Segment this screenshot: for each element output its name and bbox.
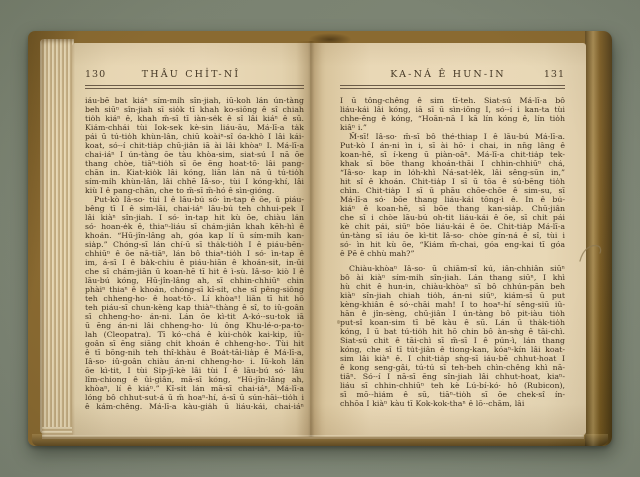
- text-line: beh siūⁿ sîn-jiah sī sio̍k tī khah ko-si…: [85, 105, 304, 114]
- text-line: Má-lī-a só· bōe thang liáu-kái tông-ì ê.…: [340, 195, 565, 204]
- text-line: kiàⁿ sîn-jiah chiah tio̍h, án-ni siūⁿ, k…: [340, 291, 565, 300]
- text-line: goân sī ēng siāng chi̍t khoán ê chheng-h…: [85, 339, 304, 348]
- text-line: Put-kò Iâ-so· tùi I ê lāu-bú só· ìn-tap …: [85, 195, 304, 204]
- text-line: Kiám-chhái tùi Iok-sek kè-sin liáu-āu, M…: [85, 123, 304, 132]
- text-line: pái ū tú-tio̍h khùn-lân, chiū koàiⁿ-sî ó…: [85, 132, 304, 141]
- text-line: chān in. Kiat-kio̍k lâi kóng, liān lán n…: [85, 168, 304, 177]
- left-page-header: 130 THÂU CHI̍T-NÎ: [72, 69, 310, 82]
- text-line: khoán. “Hū-jîn-lâng ah, góa kap lí ū sím…: [85, 231, 304, 240]
- text-line: M̄-sī! Iâ-so· m̄-sī bô thé-thiap I ê lāu…: [340, 132, 565, 141]
- left-running-title: THÂU CHI̍T-NÎ: [72, 69, 310, 80]
- text-line: lóng bô chhut-sut-á ū m̄ hoaⁿ-hí, á-sī ū…: [85, 393, 304, 402]
- text-line: phàiⁿ thiaⁿ ê khoán, chóng-sī kî-si̍t, c…: [85, 285, 304, 294]
- text-line: liáu-kái lâi kóng, iā sī ū sìn-iōng I, s…: [340, 105, 565, 114]
- text-line: lâi kiàⁿ sîn-jiah. I só· ìn-tap hit kù ō…: [85, 213, 304, 222]
- text-line: tio̍h kiáⁿ ê, khah m̄-sī tī iàn-se̍k ê s…: [85, 114, 304, 123]
- header-rule-right: [340, 85, 565, 89]
- left-page-number: 130: [85, 69, 106, 80]
- text-line: thang chòe, tiāⁿ-tio̍h sī ōe ēng hoat-tō…: [85, 159, 304, 168]
- text-line: só· hoan-e̍k ê, thiaⁿ-liáu sī chám-jiân …: [85, 222, 304, 231]
- right-page-text: I ū tông-chêng ê sim tī-teh. Siat-sú Má-…: [340, 96, 565, 408]
- photo-background: 130 THÂU CHI̍T-NÎ iáu-bē bat kiáⁿ sím-mi…: [0, 0, 640, 477]
- left-page-text: iáu-bē bat kiáⁿ sím-mi̍h sîn-jiah, iū-ko…: [85, 96, 304, 411]
- text-line: kèng-khiân ê só·-chāi mah! I to hoaⁿ-hí …: [340, 300, 565, 309]
- text-line: ê tī bōng-nih teh thî-khàu ê Boa̍t-tāi-l…: [85, 348, 304, 357]
- text-line: sím-mi̍h khùn-lân, lâi chhē Iâ-so·, tùi …: [85, 177, 304, 186]
- text-line: hān ê jîn-sèng, chū-jiân I ún-tàng bô pi…: [340, 309, 565, 318]
- text-line: ê kong seng-gâi, tú-tú sī teh-beh chìn-c…: [340, 363, 565, 372]
- text-line: chai-iáⁿ I ún-tàng ōe tàu khòa-sim, siat…: [85, 150, 304, 159]
- text-line: lāu-bú kóng, Hū-jîn-lâng ah, sī chhin-ch…: [85, 276, 304, 285]
- text-line: khòaⁿ, lí ê kiáⁿ.” Kî-si̍t lán mā-sī cha…: [85, 384, 304, 393]
- text-line: sim lâi kiàⁿ ê. I chit-tia̍p sǹg-sī iáu-…: [340, 354, 565, 363]
- text-line: chhiūⁿ ê ōe nā-tiāⁿ, lán bô thiaⁿ-tio̍h …: [85, 249, 304, 258]
- header-rule-left: [85, 85, 304, 89]
- text-line: sia̍p.” Chóng-sī lán chí-ū sī tha̍k-tio̍…: [85, 240, 304, 249]
- text-line: chhe-ēng ê kóng, “Hoān-nā I kā lín kóng …: [340, 114, 565, 123]
- right-page-header: KA-NÁ Ê HUN-IN 131: [310, 69, 586, 82]
- text-line: ōe kì-tit, I tùi Si̍p-jī-kè lâi tùi I ê …: [85, 366, 304, 375]
- text-line: “Iâ-so· kap in lo̍h-khì Ná-sat-le̍k, lâi…: [340, 168, 565, 177]
- text-line: put-sî koan-sim tī bē kàu ê sū. Lán ū th…: [340, 318, 565, 327]
- right-page: KA-NÁ Ê HUN-IN 131 I ū tông-chêng ê sim …: [310, 43, 586, 435]
- text-line: ê Pē ê chhù mah?”: [340, 249, 565, 258]
- text-line: lîm-chiong ê ûi-giân, mā-sī kóng, “Hū-jî…: [85, 375, 304, 384]
- text-line: kiáⁿ ê koan-hē, sī bōe thang kan-sia̍p. …: [340, 204, 565, 213]
- text-line: ū ēng án-ni lâi chheng-ho· lú ông Khu-lé…: [85, 321, 304, 330]
- paper-speck: [337, 320, 340, 324]
- open-book: 130 THÂU CHI̍T-NÎ iáu-bē bat kiáⁿ sím-mi…: [28, 31, 612, 446]
- text-line: koat, só·-í chit-tia̍p chū-jiân iā ài lâ…: [85, 141, 304, 150]
- text-line: bô ài kiàⁿ sím-mi̍h sîn-jiah. Lán thang …: [340, 273, 565, 282]
- text-line: kóng, I ū bat tú-tio̍h hit hō chin bô àn…: [340, 327, 565, 336]
- text-line: iáu-bē bat kiáⁿ sím-mi̍h sîn-jiah, iū-ko…: [85, 96, 304, 105]
- text-line: teh chheng-ho· ê hoat-tō·. Lí khòaⁿ! liā…: [85, 294, 304, 303]
- text-line: khak sī bōe thang khoán-thāi I chhin-chh…: [340, 159, 565, 168]
- text-line: kóng, che sī tī tu̍t-jiân ê tiong-kan, k…: [340, 345, 565, 354]
- text-line: teh piáu-sī chun-kèng kap thiàⁿ-thàng ê …: [85, 303, 304, 312]
- book-cover-right-edge: [585, 31, 612, 446]
- text-line: sī chheng-ho· án-ni. Lán ōe kì-tit A-kó·…: [85, 312, 304, 321]
- left-page: 130 THÂU CHI̍T-NÎ iáu-bē bat kiáⁿ sím-mi…: [72, 43, 310, 435]
- text-line: che sī i chòe lāu-bú oh-tit liáu-kái ê ō…: [340, 213, 565, 222]
- text-line: ê kám-chêng. Má-lī-a kàu-gia̍h ū liáu-ká…: [85, 402, 304, 411]
- handwritten-margin-mark: [578, 243, 604, 263]
- text-line: bêng tī I ê sim-lāi, chai-iáⁿ lāu-bú teh…: [85, 204, 304, 213]
- text-line: Chiàu-khòaⁿ Iâ-so· ū chiām-sî kú, iân-ch…: [340, 264, 565, 273]
- text-line: ún-tàng sī iáu ōe kì-tit Iâ-so· chòe gín…: [340, 231, 565, 240]
- text-line: im, á-sī I ê ba̍k-chiu ê piáu-hiān ê kho…: [85, 258, 304, 267]
- text-line: liáu sī chhin-chhiūⁿ teh kè Lú-bí-kó· hô…: [340, 381, 565, 390]
- text-line: tiāⁿ. Só·-í I nā-sī ēng sîn-jiah lâi chh…: [340, 372, 565, 381]
- text-line: kiâⁿ i.”: [340, 123, 565, 132]
- text-line: só· ìn hit kù ōe, “Kiám m̄-chai, góa eng…: [340, 240, 565, 249]
- text-line: lah (Cleopatra). Tī kó·-chá ê kùi-cho̍k …: [85, 330, 304, 339]
- text-line: Siat-sú chit ê tāi-chì sī m̄-sī I ê pún-…: [340, 336, 565, 345]
- text-line: I ū tông-chêng ê sim tī-teh. Siat-sú Má-…: [340, 96, 565, 105]
- text-line: Put-kò I án-ni ìn i, sī ài hō· i chai, i…: [340, 141, 565, 150]
- text-line: hit sî ê khoán. Chit-tia̍p I sī ū tōa ê …: [340, 177, 565, 186]
- text-line: kiù I ê pang-chān, che to m̄-sī m̄-hó ê …: [85, 186, 304, 195]
- right-page-number: 131: [544, 69, 565, 80]
- text-line: hù chit ê hun-in, chiàu-khòaⁿ sī bô chhú…: [340, 282, 565, 291]
- page-edges-left: [40, 39, 74, 434]
- text-line: kè chi̍t pái, siūⁿ bōe liáu-kái ê ōe. Ch…: [340, 222, 565, 231]
- text-line: sī mō·-hiám ê sū, tiāⁿ-tio̍h sī ōe chek-…: [340, 390, 565, 399]
- text-line: chìn. Chit-tia̍p I sī ū phāu chōe-chōe ê…: [340, 186, 565, 195]
- text-line: chhōa I kiàⁿ kàu tī Kok-kok-thaⁿ ê lō·-c…: [340, 399, 565, 408]
- text-line: Iâ-so· iû-goân chiàu án-ni chheng-ho· i.…: [85, 357, 304, 366]
- text-line: che sī chám-jiân ū koan-hē tī hit ê ì-sù…: [85, 267, 304, 276]
- text-line: koan-hē, sī í-keng ū piàn-oāⁿ. Má-lī-a c…: [340, 150, 565, 159]
